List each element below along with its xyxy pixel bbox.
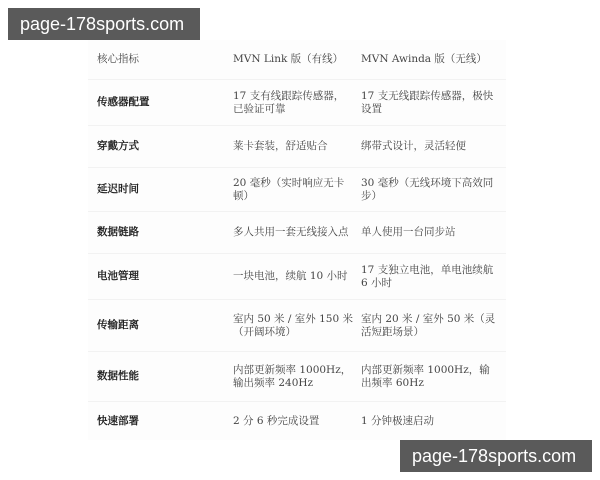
row-awinda-value: 1 分钟极速启动: [357, 415, 506, 428]
watermark-bottom: page-178sports.com: [400, 440, 592, 472]
table-header-row: 核心指标 MVN Link 版（有线） MVN Awinda 版（无线）: [88, 40, 506, 80]
row-link-value: 多人共用一套无线接入点: [222, 226, 357, 239]
table-row: 电池管理 一块电池，续航 10 小时 17 支独立电池，单电池续航 6 小时: [88, 254, 506, 300]
header-metric: 核心指标: [88, 53, 222, 66]
row-metric: 电池管理: [88, 270, 222, 283]
watermark-top: page-178sports.com: [8, 8, 200, 40]
table-row: 快速部署 2 分 6 秒完成设置 1 分钟极速启动: [88, 402, 506, 440]
row-metric: 延迟时间: [88, 183, 222, 196]
row-link-value: 室内 50 米 / 室外 150 米（开阔环境）: [222, 313, 357, 339]
row-awinda-value: 30 毫秒（无线环境下高效同步）: [357, 177, 506, 203]
table-row: 传输距离 室内 50 米 / 室外 150 米（开阔环境） 室内 20 米 / …: [88, 300, 506, 352]
row-metric: 传输距离: [88, 319, 222, 332]
table-row: 延迟时间 20 毫秒（实时响应无卡顿） 30 毫秒（无线环境下高效同步）: [88, 168, 506, 212]
comparison-table: 核心指标 MVN Link 版（有线） MVN Awinda 版（无线） 传感器…: [88, 40, 506, 440]
header-awinda: MVN Awinda 版（无线）: [357, 53, 506, 66]
row-metric: 穿戴方式: [88, 140, 222, 153]
header-link: MVN Link 版（有线）: [222, 53, 357, 66]
row-metric: 快速部署: [88, 415, 222, 428]
row-awinda-value: 绑带式设计，灵活轻便: [357, 140, 506, 153]
row-metric: 数据链路: [88, 226, 222, 239]
row-awinda-value: 17 支无线跟踪传感器，极快设置: [357, 90, 506, 116]
table-row: 传感器配置 17 支有线跟踪传感器，已验证可靠 17 支无线跟踪传感器，极快设置: [88, 80, 506, 126]
row-awinda-value: 内部更新频率 1000Hz，输出频率 60Hz: [357, 364, 506, 390]
row-awinda-value: 单人使用一台同步站: [357, 226, 506, 239]
row-metric: 数据性能: [88, 370, 222, 383]
row-link-value: 一块电池，续航 10 小时: [222, 270, 357, 283]
table-row: 数据性能 内部更新频率 1000Hz，输出频率 240Hz 内部更新频率 100…: [88, 352, 506, 402]
row-link-value: 20 毫秒（实时响应无卡顿）: [222, 177, 357, 203]
table-row: 数据链路 多人共用一套无线接入点 单人使用一台同步站: [88, 212, 506, 254]
row-link-value: 内部更新频率 1000Hz，输出频率 240Hz: [222, 364, 357, 390]
table-row: 穿戴方式 莱卡套装，舒适贴合 绑带式设计，灵活轻便: [88, 126, 506, 168]
row-link-value: 莱卡套装，舒适贴合: [222, 140, 357, 153]
row-awinda-value: 17 支独立电池，单电池续航 6 小时: [357, 264, 506, 290]
row-metric: 传感器配置: [88, 96, 222, 109]
row-link-value: 2 分 6 秒完成设置: [222, 415, 357, 428]
row-link-value: 17 支有线跟踪传感器，已验证可靠: [222, 90, 357, 116]
row-awinda-value: 室内 20 米 / 室外 50 米（灵活短距场景）: [357, 313, 506, 339]
